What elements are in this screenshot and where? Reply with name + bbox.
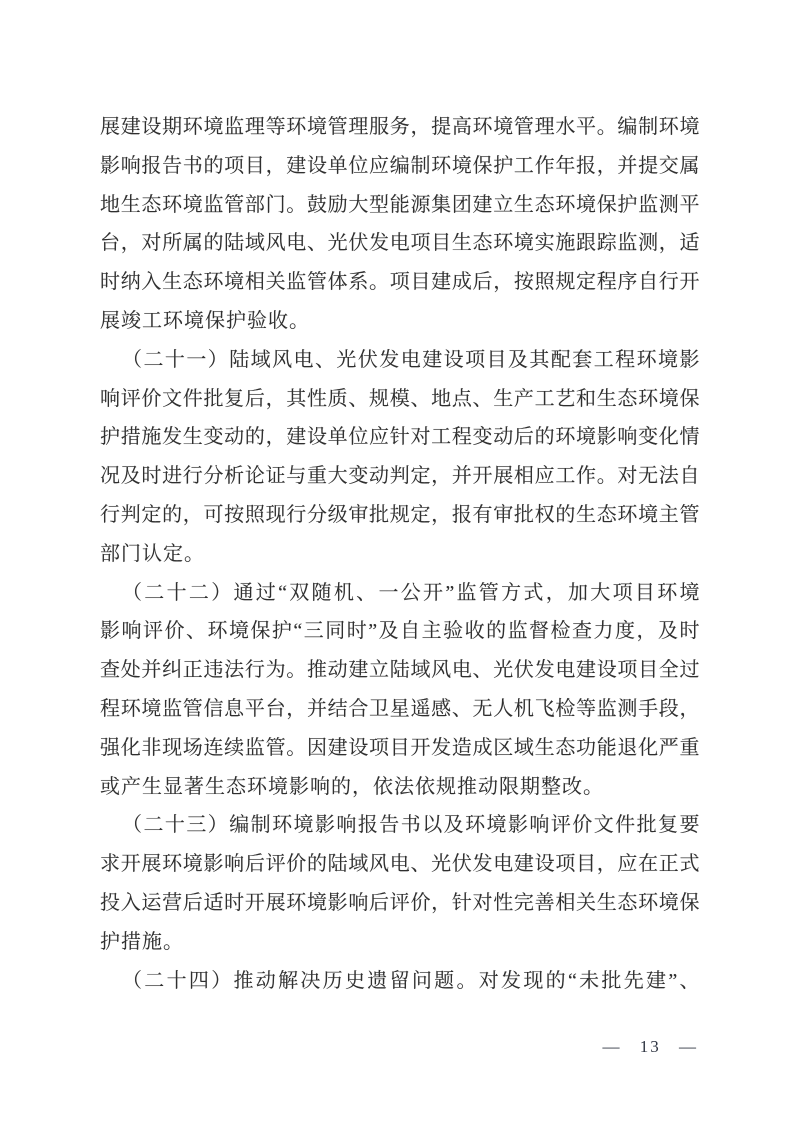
document-body: 展建设期环境监理等环境管理服务，提高环境管理水平。编制环境 影响报告书的项目，建… — [100, 108, 700, 1000]
page-footer: — 13 — — [603, 1036, 699, 1058]
text-line: 求开展环境影响后评价的陆域风电、光伏发电建设项目，应在正式 — [100, 845, 700, 884]
text-line: 强化非现场连续监管。因建设项目开发造成区域生态功能退化严重 — [100, 729, 700, 768]
text-line: （二十一）陆域风电、光伏发电建设项目及其配套工程环境影 — [100, 341, 700, 380]
text-line: 投入运营后适时开展环境影响后评价，针对性完善相关生态环境保 — [100, 884, 700, 923]
text-line: 展建设期环境监理等环境管理服务，提高环境管理水平。编制环境 — [100, 108, 700, 147]
document-page: 展建设期环境监理等环境管理服务，提高环境管理水平。编制环境 影响报告书的项目，建… — [0, 0, 794, 1123]
text-line: 或产生显著生态环境影响的，依法依规推动限期整改。 — [100, 768, 700, 807]
text-line: 影响报告书的项目，建设单位应编制环境保护工作年报，并提交属 — [100, 147, 700, 186]
text-line: 查处并纠正违法行为。推动建立陆域风电、光伏发电建设项目全过 — [100, 651, 700, 690]
paragraph-item-23: （二十三）编制环境影响报告书以及环境影响评价文件批复要 求开展环境影响后评价的陆… — [100, 806, 700, 961]
paragraph-item-24: （二十四）推动解决历史遗留问题。对发现的“未批先建”、 — [100, 962, 700, 1001]
text-line: 地生态环境监管部门。鼓励大型能源集团建立生态环境保护监测平 — [100, 186, 700, 225]
text-line: 程环境监管信息平台，并结合卫星遥感、无人机飞检等监测手段， — [100, 690, 700, 729]
text-line: 行判定的，可按照现行分级审批规定，报有审批权的生态环境主管 — [100, 496, 700, 535]
text-line: 时纳入生态环境相关监管体系。项目建成后，按照规定程序自行开 — [100, 263, 700, 302]
text-line: 护措施发生变动的，建设单位应针对工程变动后的环境影响变化情 — [100, 418, 700, 457]
text-line: 影响评价、环境保护“三同时”及自主验收的监督检查力度，及时 — [100, 612, 700, 651]
text-line: 护措施。 — [100, 923, 700, 962]
text-line: 展竣工环境保护验收。 — [100, 302, 700, 341]
paragraph-item-21: （二十一）陆域风电、光伏发电建设项目及其配套工程环境影 响评价文件批复后，其性质… — [100, 341, 700, 574]
text-line: （二十四）推动解决历史遗留问题。对发现的“未批先建”、 — [100, 962, 700, 1001]
paragraph-continuation: 展建设期环境监理等环境管理服务，提高环境管理水平。编制环境 影响报告书的项目，建… — [100, 108, 700, 341]
page-number: — 13 — — [603, 1037, 699, 1056]
text-line: （二十二）通过“双随机、一公开”监管方式，加大项目环境 — [100, 574, 700, 613]
text-line: 部门认定。 — [100, 535, 700, 574]
text-line: （二十三）编制环境影响报告书以及环境影响评价文件批复要 — [100, 806, 700, 845]
text-line: 台，对所属的陆域风电、光伏发电项目生态环境实施跟踪监测，适 — [100, 224, 700, 263]
paragraph-item-22: （二十二）通过“双随机、一公开”监管方式，加大项目环境 影响评价、环境保护“三同… — [100, 574, 700, 807]
text-line: 况及时进行分析论证与重大变动判定，并开展相应工作。对无法自 — [100, 457, 700, 496]
text-line: 响评价文件批复后，其性质、规模、地点、生产工艺和生态环境保 — [100, 380, 700, 419]
